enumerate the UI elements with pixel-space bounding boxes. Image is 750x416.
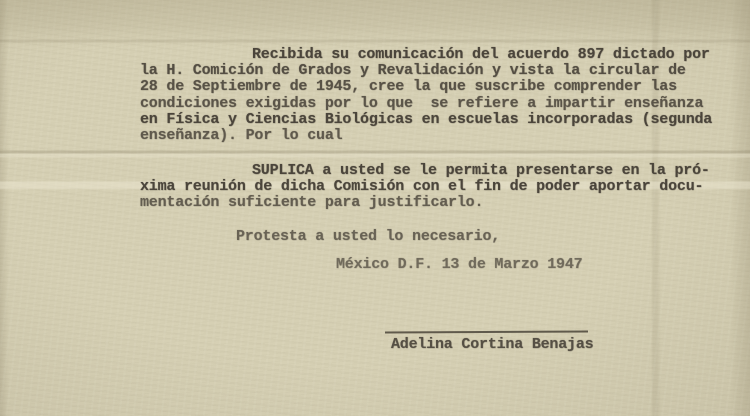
closing-line: Protesta a usted lo necesario, xyxy=(236,229,500,245)
body1-line-3: 28 de Septiembre de 1945, cree la que su… xyxy=(140,79,677,95)
body1-line-4: condiciones exigidas por lo que se refie… xyxy=(140,96,703,112)
body2-line-1: SUPLICA a usted se le permita presentars… xyxy=(252,163,710,179)
signature-rule xyxy=(385,331,588,334)
signature-name: Adelina Cortina Benajas xyxy=(391,337,593,353)
letter-body: Recibida su comunicación del acuerdo 897… xyxy=(0,0,750,416)
letter-scan-page: Recibida su comunicación del acuerdo 897… xyxy=(0,0,750,416)
body1-line-2: la H. Comición de Grados y Revalidación … xyxy=(140,63,686,79)
body2-line-2: xima reunión de dicha Comisión con el fi… xyxy=(140,179,703,195)
date-line: México D.F. 13 de Marzo 1947 xyxy=(336,257,582,273)
body1-line-1: Recibida su comunicación del acuerdo 897… xyxy=(252,47,710,63)
body1-line-6: enseñanza). Por lo cual xyxy=(140,128,342,144)
body1-line-5: en Física y Ciencias Biológicas en escue… xyxy=(140,112,712,128)
body2-line-3: mentación suficiente para justificarlo. xyxy=(140,195,483,211)
